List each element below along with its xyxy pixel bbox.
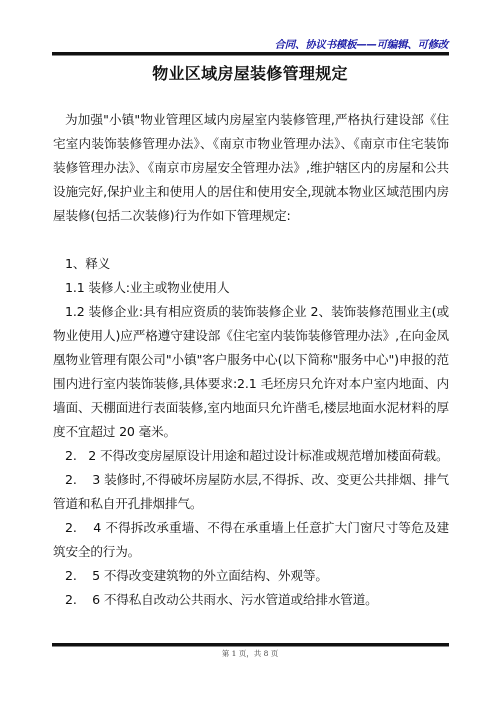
header-caption: 合同、协议书模板——可编辑、可修改 [275, 37, 448, 52]
header-divider [52, 52, 449, 55]
clause-2-2: 2. 2 不得改变房屋原设计用途和超过设计标准或规范增加楼面荷载。 [53, 444, 449, 468]
clause-2-3: 2. 3 装修时,不得破坏房屋防水层,不得拆、改、变更公共排烟、排气管道和私自开… [53, 468, 449, 516]
clause-2-4: 2. 4 不得拆改承重墙、不得在承重墙上任意扩大门窗尺寸等危及建筑安全的行为。 [53, 516, 449, 564]
section-heading-definitions: 1、释义 [53, 252, 449, 276]
intro-paragraph: 为加强"小镇"物业管理区域内房屋室内装修管理,严格执行建设部《住宅室内装饰装修管… [53, 108, 449, 228]
footer-divider [52, 643, 449, 646]
clause-2-5: 2. 5 不得改变建筑物的外立面结构、外观等。 [53, 564, 449, 588]
clause-1-1: 1.1 装修人:业主或物业使用人 [53, 276, 449, 300]
document-title: 物业区域房屋装修管理规定 [0, 61, 500, 84]
clause-1-2: 1.2 装修企业:具有相应资质的装饰装修企业 2、装饰装修范围业主(或物业使用人… [53, 300, 449, 444]
page-number: 第 1 页，共 8 页 [0, 648, 500, 659]
clause-2-6: 2. 6 不得私自改动公共雨水、污水管道或给排水管道。 [53, 588, 449, 612]
document-body: 为加强"小镇"物业管理区域内房屋室内装修管理,严格执行建设部《住宅室内装饰装修管… [53, 108, 449, 612]
